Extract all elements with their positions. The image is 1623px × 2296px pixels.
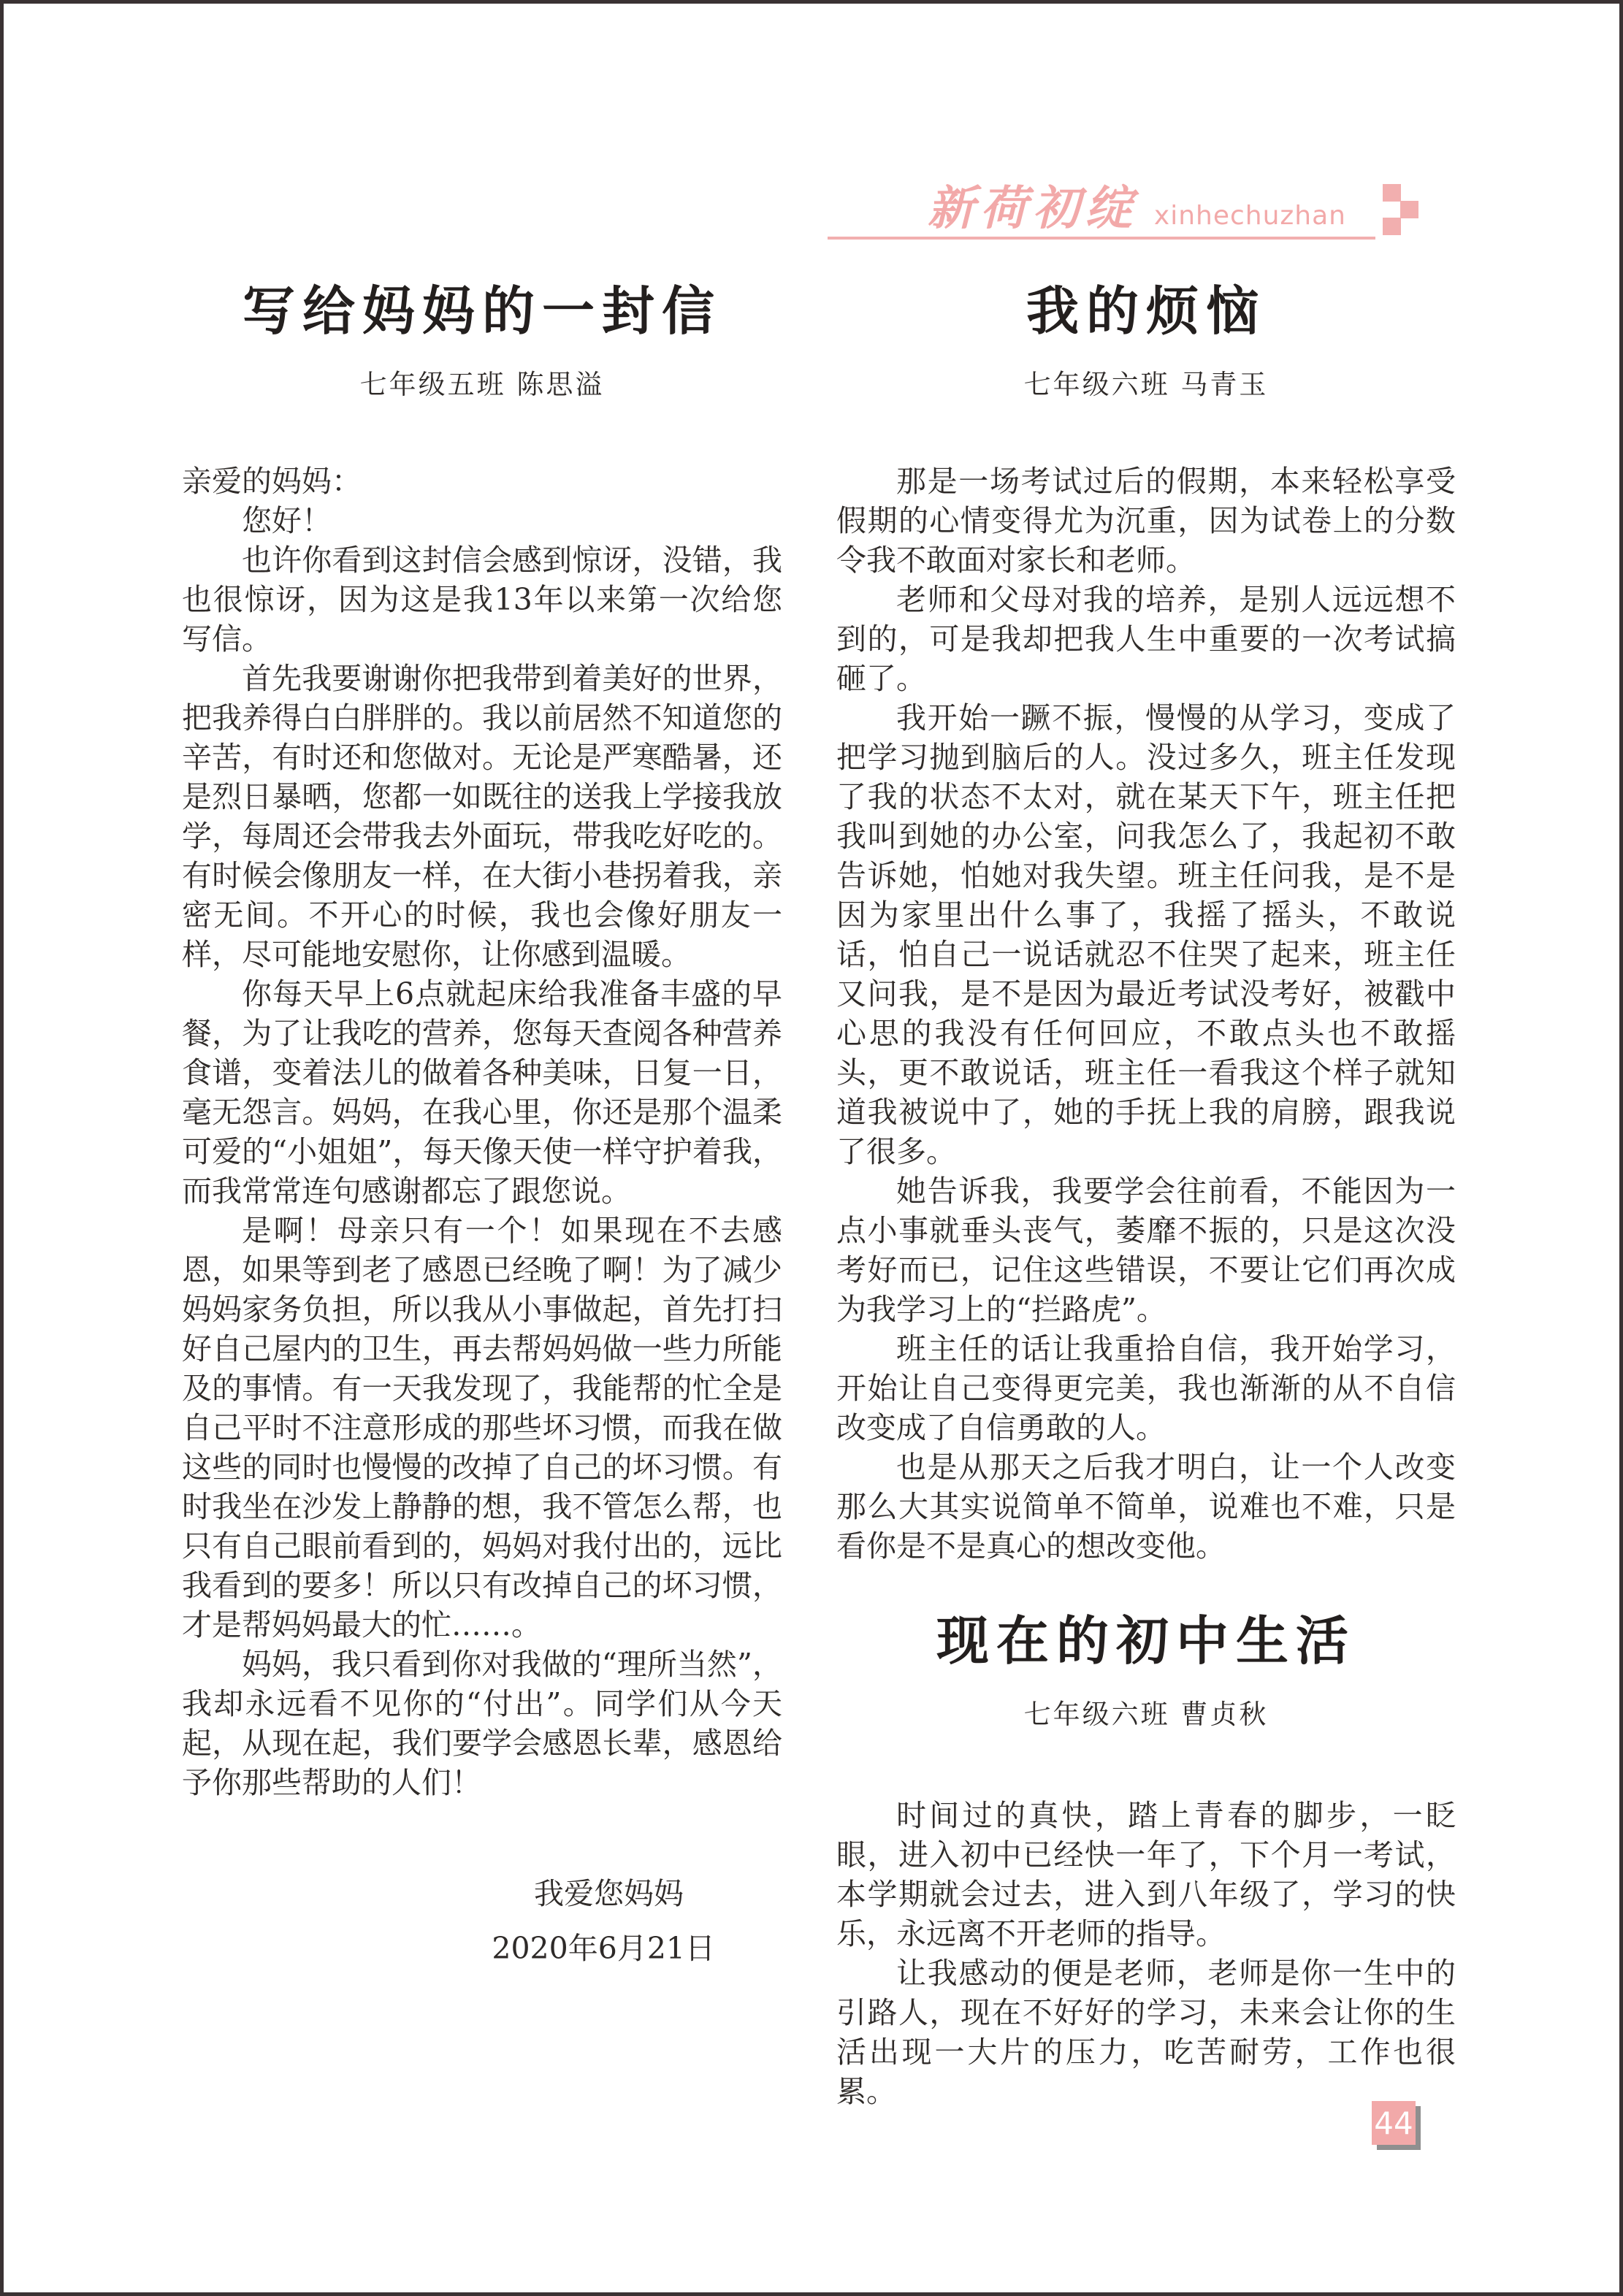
- right-column: 我的烦恼 七年级六班 马青玉 那是一场考试过后的假期，本来轻松享受假期的心情变得…: [836, 281, 1456, 2111]
- article-title: 现在的初中生活: [836, 1611, 1456, 1672]
- letter-date: 2020年6月21日: [182, 1924, 782, 1967]
- article-paragraph: 妈妈，我只看到你对我做的“理所当然”，我却永远看不见你的“付出”。同学们从今天起…: [182, 1645, 782, 1802]
- article-paragraph: 是啊！母亲只有一个！如果现在不去感恩，如果等到老了感恩已经晚了啊！为了减少妈妈家…: [182, 1211, 782, 1645]
- pink-square-icon: [1383, 184, 1401, 202]
- article-body: 那是一场考试过后的假期，本来轻松享受假期的心情变得尤为沉重，因为试卷上的分数令我…: [836, 462, 1456, 1566]
- article-paragraph: 班主任的话让我重拾自信，我开始学习，开始让自己变得更完美，我也渐渐的从不自信改变…: [836, 1329, 1456, 1447]
- article-author: 七年级六班 曹贞秋: [836, 1692, 1456, 1731]
- article-author: 七年级五班 陈思溢: [182, 362, 782, 402]
- letter-signature: 我爱您妈妈: [182, 1870, 782, 1913]
- article-paragraph: 那是一场考试过后的假期，本来轻松享受假期的心情变得尤为沉重，因为试卷上的分数令我…: [836, 462, 1456, 580]
- checker-squares-icon: [1383, 184, 1419, 237]
- article-body: 亲爱的妈妈： 您好！ 也许你看到这封信会感到惊讶，没错，我也很惊讶，因为这是我1…: [182, 462, 782, 1802]
- article-paragraph: 让我感动的便是老师，老师是你一生中的引路人，现在不好好的学习，未来会让你的生活出…: [836, 1953, 1456, 2111]
- pink-square-icon: [1400, 201, 1418, 218]
- magazine-page: 新荷初绽 xinhechuzhan 写给妈妈的一封信 七年级五班 陈思溢 亲爱的…: [0, 0, 1623, 2296]
- article-body: 时间过的真快，踏上青春的脚步，一眨眼，进入初中已经快一年了，下个月一考试，本学期…: [836, 1796, 1456, 2111]
- header-text: 新荷初绽 xinhechuzhan: [928, 185, 1346, 232]
- article-paragraph: 也许你看到这封信会感到惊讶，没错，我也很惊讶，因为这是我13年以来第一次给您写信…: [182, 540, 782, 659]
- article-paragraph: 您好！: [182, 501, 782, 540]
- page-header: 新荷初绽 xinhechuzhan: [828, 181, 1419, 240]
- header-subtitle: xinhechuzhan: [1154, 203, 1346, 229]
- article-paragraph: 时间过的真快，踏上青春的脚步，一眨眼，进入初中已经快一年了，下个月一考试，本学期…: [836, 1796, 1456, 1953]
- article-author: 七年级六班 马青玉: [836, 362, 1456, 402]
- article-paragraph: 也是从那天之后我才明白，让一个人改变那么大其实说简单不简单，说难也不难，只是看你…: [836, 1447, 1456, 1566]
- pink-square-icon: [1383, 218, 1401, 235]
- article-title: 写给妈妈的一封信: [182, 281, 782, 342]
- article-paragraph: 她告诉我，我要学会往前看，不能因为一点小事就垂头丧气，萎靡不振的，只是这次没考好…: [836, 1171, 1456, 1329]
- second-article: 现在的初中生活 七年级六班 曹贞秋 时间过的真快，踏上青春的脚步，一眨眼，进入初…: [836, 1611, 1456, 2111]
- article-paragraph: 首先我要谢谢你把我带到着美好的世界，把我养得白白胖胖的。我以前居然不知道您的辛苦…: [182, 659, 782, 974]
- header-title: 新荷初绽: [928, 185, 1138, 232]
- article-paragraph: 老师和父母对我的培养，是别人远远想不到的，可是我却把我人生中重要的一次考试搞砸了…: [836, 580, 1456, 698]
- article-paragraph: 我开始一蹶不振，慢慢的从学习，变成了把学习抛到脑后的人。没过多久，班主任发现了我…: [836, 698, 1456, 1171]
- header-underline: [828, 237, 1375, 240]
- page-number-badge: 44: [1372, 2101, 1416, 2145]
- letter-salutation: 亲爱的妈妈：: [182, 462, 782, 501]
- left-column: 写给妈妈的一封信 七年级五班 陈思溢 亲爱的妈妈： 您好！ 也许你看到这封信会感…: [182, 281, 782, 1967]
- article-title: 我的烦恼: [836, 281, 1456, 342]
- article-paragraph: 你每天早上6点就起床给我准备丰盛的早餐，为了让我吃的营养，您每天查阅各种营养食谱…: [182, 974, 782, 1211]
